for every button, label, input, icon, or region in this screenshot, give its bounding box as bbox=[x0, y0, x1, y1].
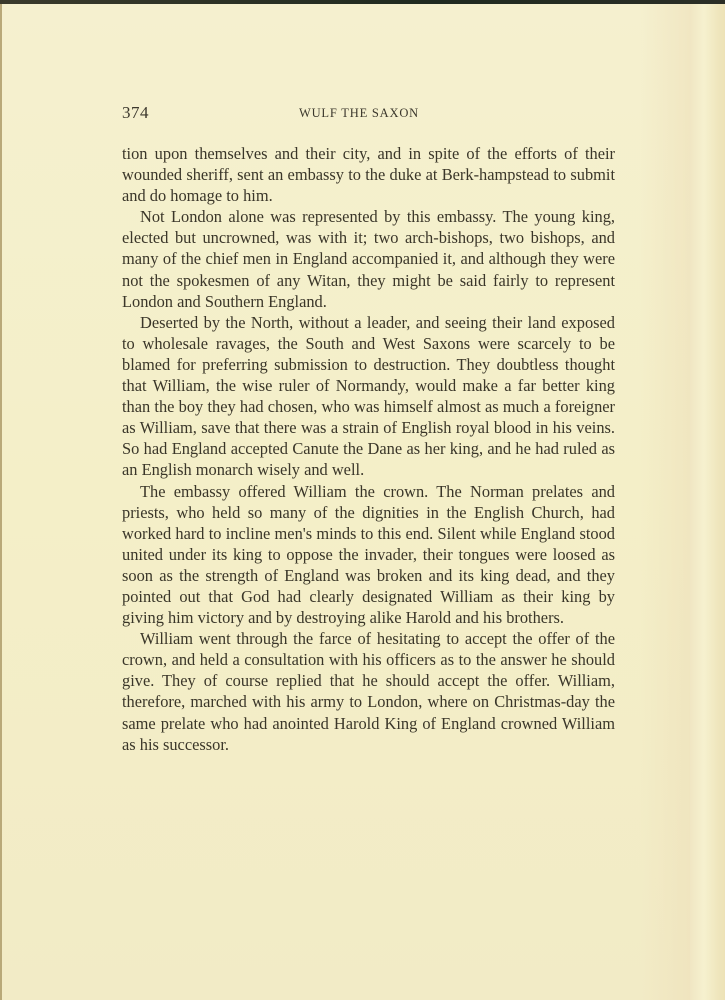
paragraph: Deserted by the North, without a leader,… bbox=[122, 312, 615, 481]
page-number: 374 bbox=[122, 103, 149, 123]
paragraph: The embassy offered William the crown. T… bbox=[122, 481, 615, 629]
page-right-shade bbox=[640, 4, 690, 1000]
running-title: WULF THE SAXON bbox=[299, 106, 419, 121]
paragraph-continued: tion upon themselves and their city, and… bbox=[122, 143, 615, 206]
body-text: tion upon themselves and their city, and… bbox=[122, 143, 615, 755]
page-header: 374 WULF THE SAXON bbox=[122, 103, 617, 127]
page-right-fold bbox=[690, 4, 725, 1000]
paragraph: William went through the farce of hesita… bbox=[122, 628, 615, 755]
paragraph: Not London alone was represented by this… bbox=[122, 206, 615, 311]
page-left-edge bbox=[0, 4, 2, 1000]
